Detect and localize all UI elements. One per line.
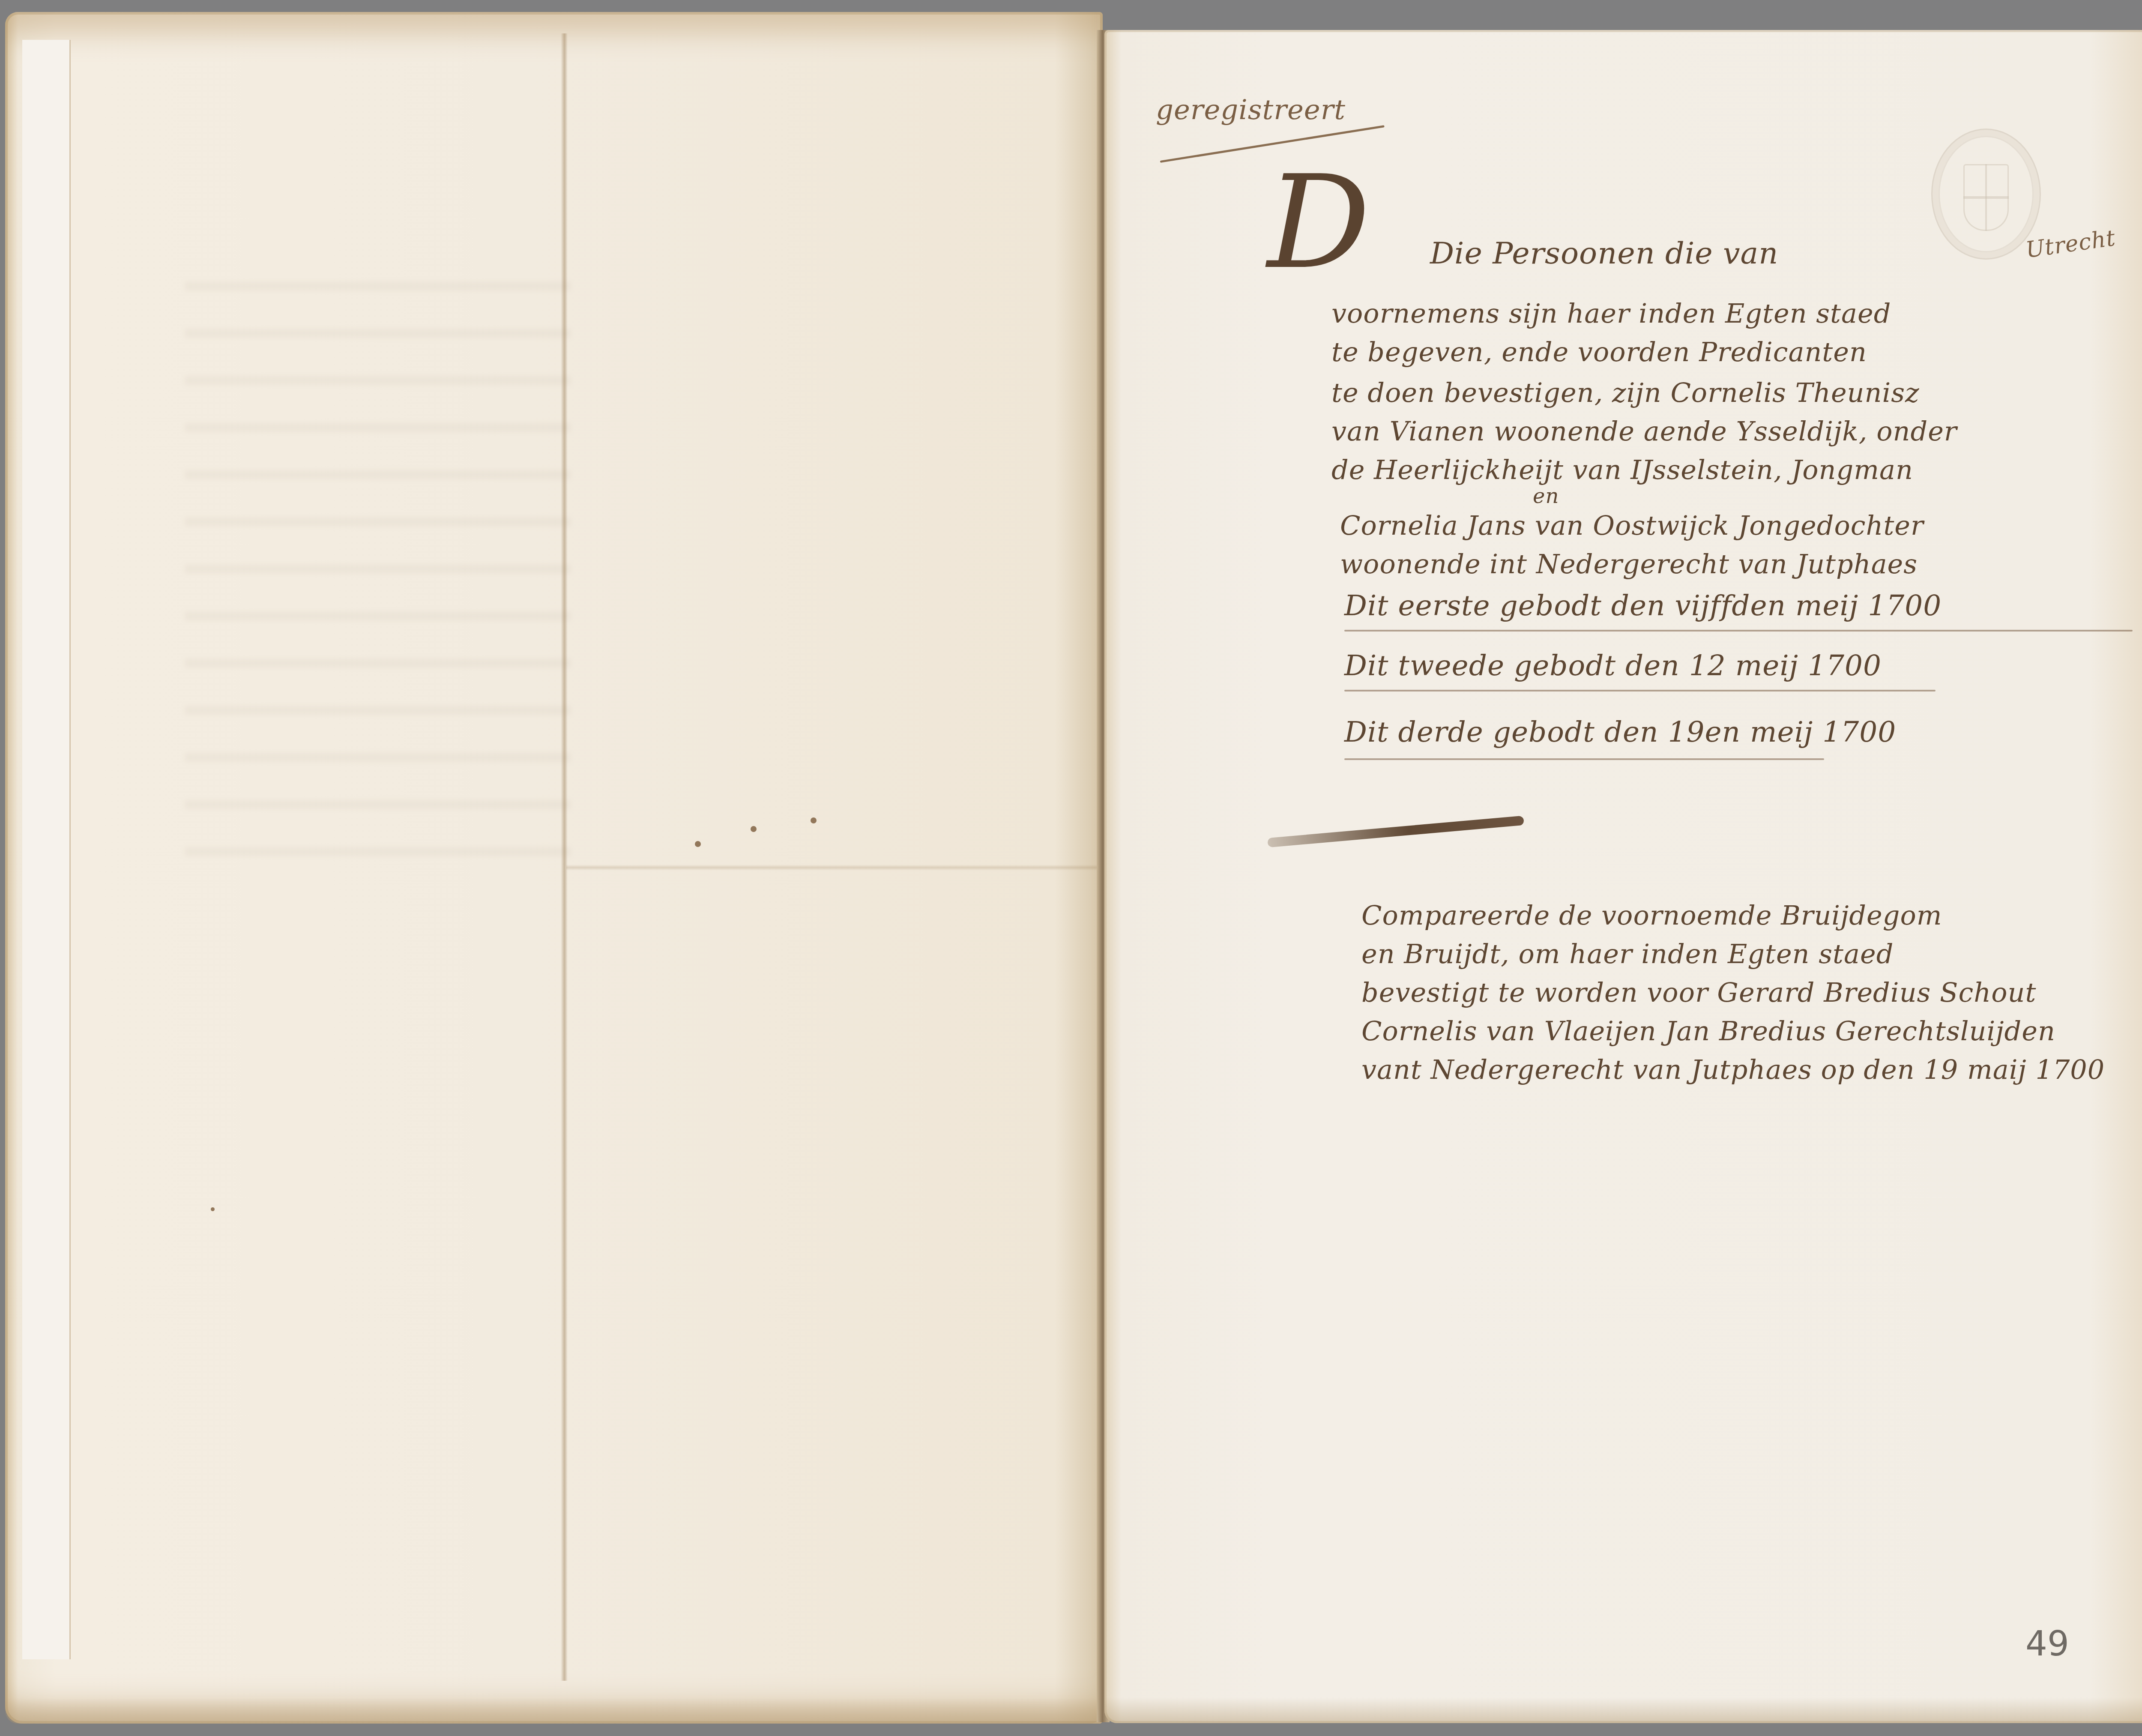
closing-flourish (1267, 816, 1524, 847)
entry-line: Cornelia Jans van Oostwijck Jongedochter (1340, 510, 1924, 541)
closing-line: bevestigt te worden voor Gerard Bredius … (1361, 977, 2036, 1008)
closing-line: vant Nedergerecht van Jutphaes op den 19… (1361, 1054, 2105, 1085)
entry-conjunction: en (1533, 484, 1559, 508)
proclamation-third: Dit derde gebodt den 19en meij 1700 (1344, 715, 1896, 748)
entry-line: van Vianen woonende aende Ysseldijk, ond… (1331, 416, 1957, 447)
marginal-note: Utrecht (2024, 225, 2117, 263)
proclamation-second: Dit tweede gebodt den 12 meij 1700 (1344, 649, 1882, 682)
entry-line: Die Persoonen die van (1430, 236, 1778, 271)
ink-bleed-through (185, 243, 571, 886)
proclamation-first: Dit eerste gebodt den vijffden meij 1700 (1344, 589, 1942, 622)
coat-of-arms-shield-icon (1963, 164, 2009, 231)
vertical-fold-line (561, 33, 568, 1681)
entry-line: woonende int Nedergerecht van Jutphaes (1340, 548, 1918, 580)
decorated-initial: D (1267, 159, 1370, 287)
underleaf-edge (22, 40, 71, 1659)
entry-line: te begeven, ende voorden Predicanten (1331, 336, 1867, 368)
left-page-blank-verso (5, 12, 1103, 1724)
right-page-recto: geregistreert Utrecht D Die Persoonen di… (1104, 30, 2142, 1723)
frayed-bottom-edge (1104, 1697, 2142, 1723)
folio-number: 49 (2025, 1624, 2069, 1664)
ink-stain (695, 841, 701, 847)
proclamation-divider (1344, 630, 2133, 632)
ink-stain (811, 817, 817, 823)
closing-line: en Bruijdt, om haer inden Egten staed (1361, 938, 1894, 970)
closing-line: Compareerde de voornoemde Bruijdegom (1361, 900, 1942, 931)
ink-stain (211, 1207, 215, 1211)
manuscript-spread: geregistreert Utrecht D Die Persoonen di… (0, 0, 2142, 1736)
proclamation-divider (1344, 690, 1936, 691)
entry-line: voornemens sijn haer inden Egten staed (1331, 298, 1891, 329)
closing-line: Cornelis van Vlaeijen Jan Bredius Gerech… (1361, 1015, 2055, 1047)
horizontal-fold-line (566, 865, 1098, 871)
entry-line: de Heerlijckheijt van IJsselstein, Jongm… (1331, 454, 1913, 485)
ink-stain (751, 826, 757, 832)
frayed-bottom-edge (5, 1698, 1103, 1724)
proclamation-divider (1344, 758, 1824, 760)
entry-line: te doen bevestigen, zijn Cornelis Theuni… (1331, 377, 1920, 408)
registration-heading: geregistreert (1156, 94, 1346, 126)
